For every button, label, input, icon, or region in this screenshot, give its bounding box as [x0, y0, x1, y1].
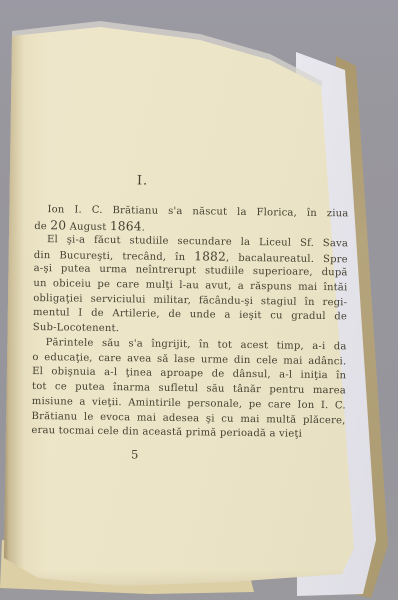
- paragraph: Ion I. C. Brătianu s'a născut la Florica…: [34, 203, 348, 237]
- book-photo: I. Ion I. C. Brătianu s'a născut la Flor…: [0, 0, 398, 600]
- page-number: 5: [131, 447, 345, 464]
- paragraph: Părintele său s'a îngrijit, în tot acest…: [31, 336, 346, 444]
- chapter-heading: I.: [137, 173, 349, 191]
- paragraph: El şi-a făcut studiile secundare la Lice…: [33, 232, 348, 340]
- text-line: erau tocmai cele din această primă perio…: [31, 424, 345, 443]
- text-block: I. Ion I. C. Brătianu s'a născut la Flor…: [31, 172, 349, 464]
